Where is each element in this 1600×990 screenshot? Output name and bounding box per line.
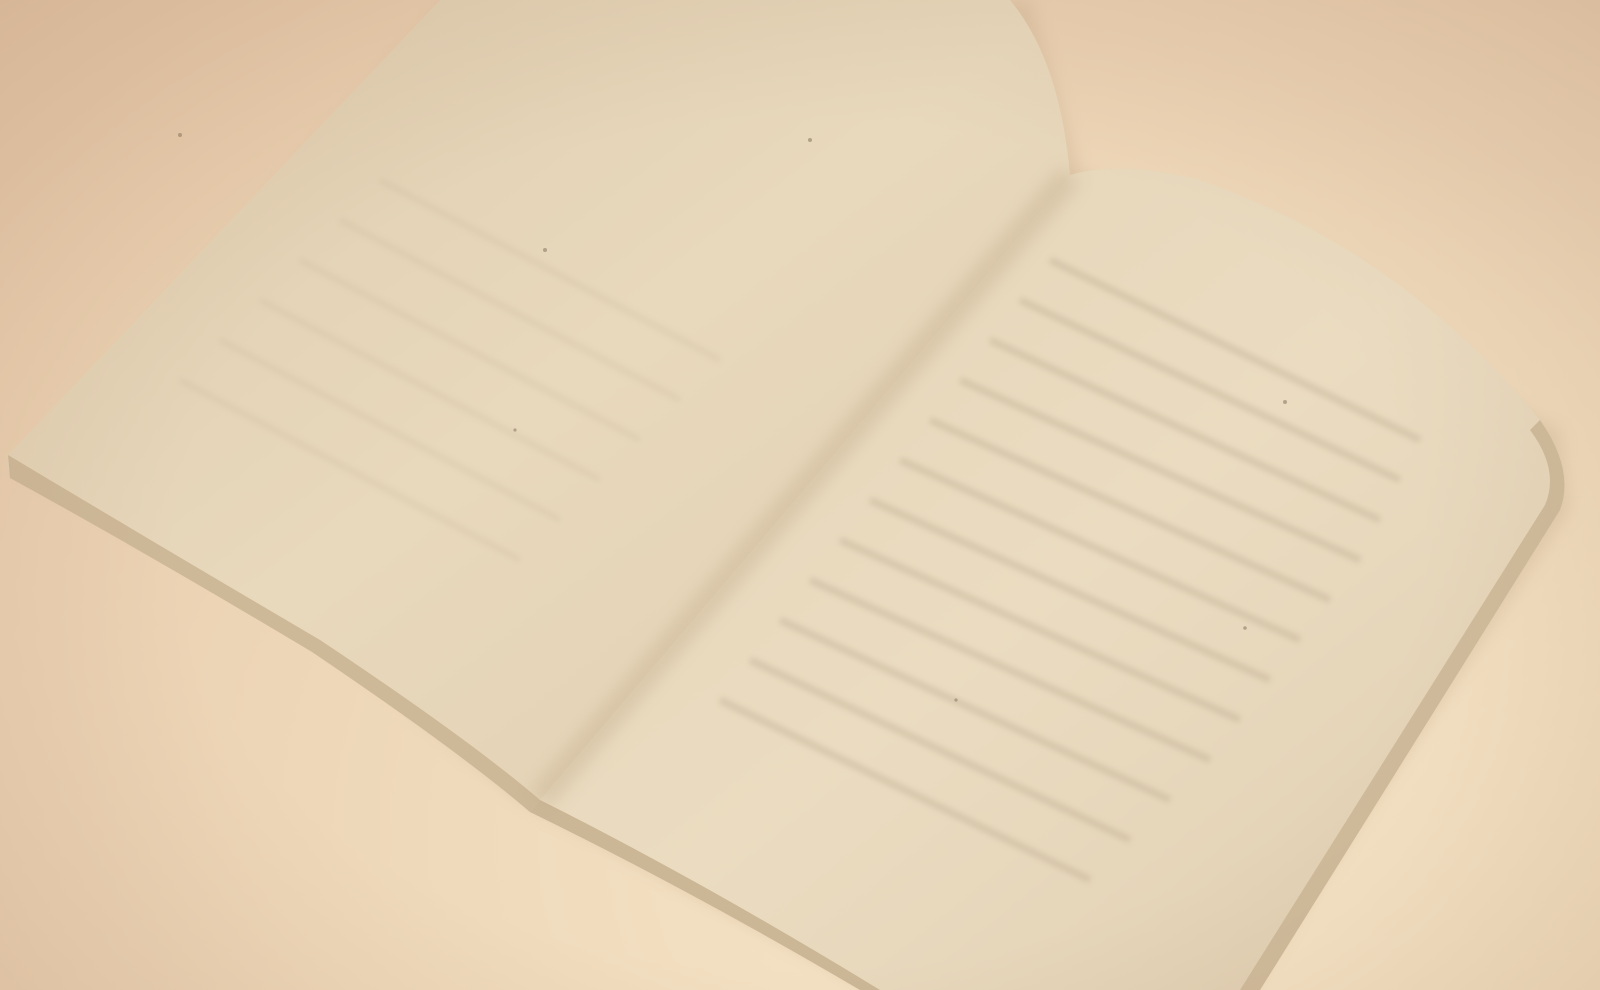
open-book <box>0 0 1600 990</box>
vintage-book-scene <box>0 0 1600 990</box>
